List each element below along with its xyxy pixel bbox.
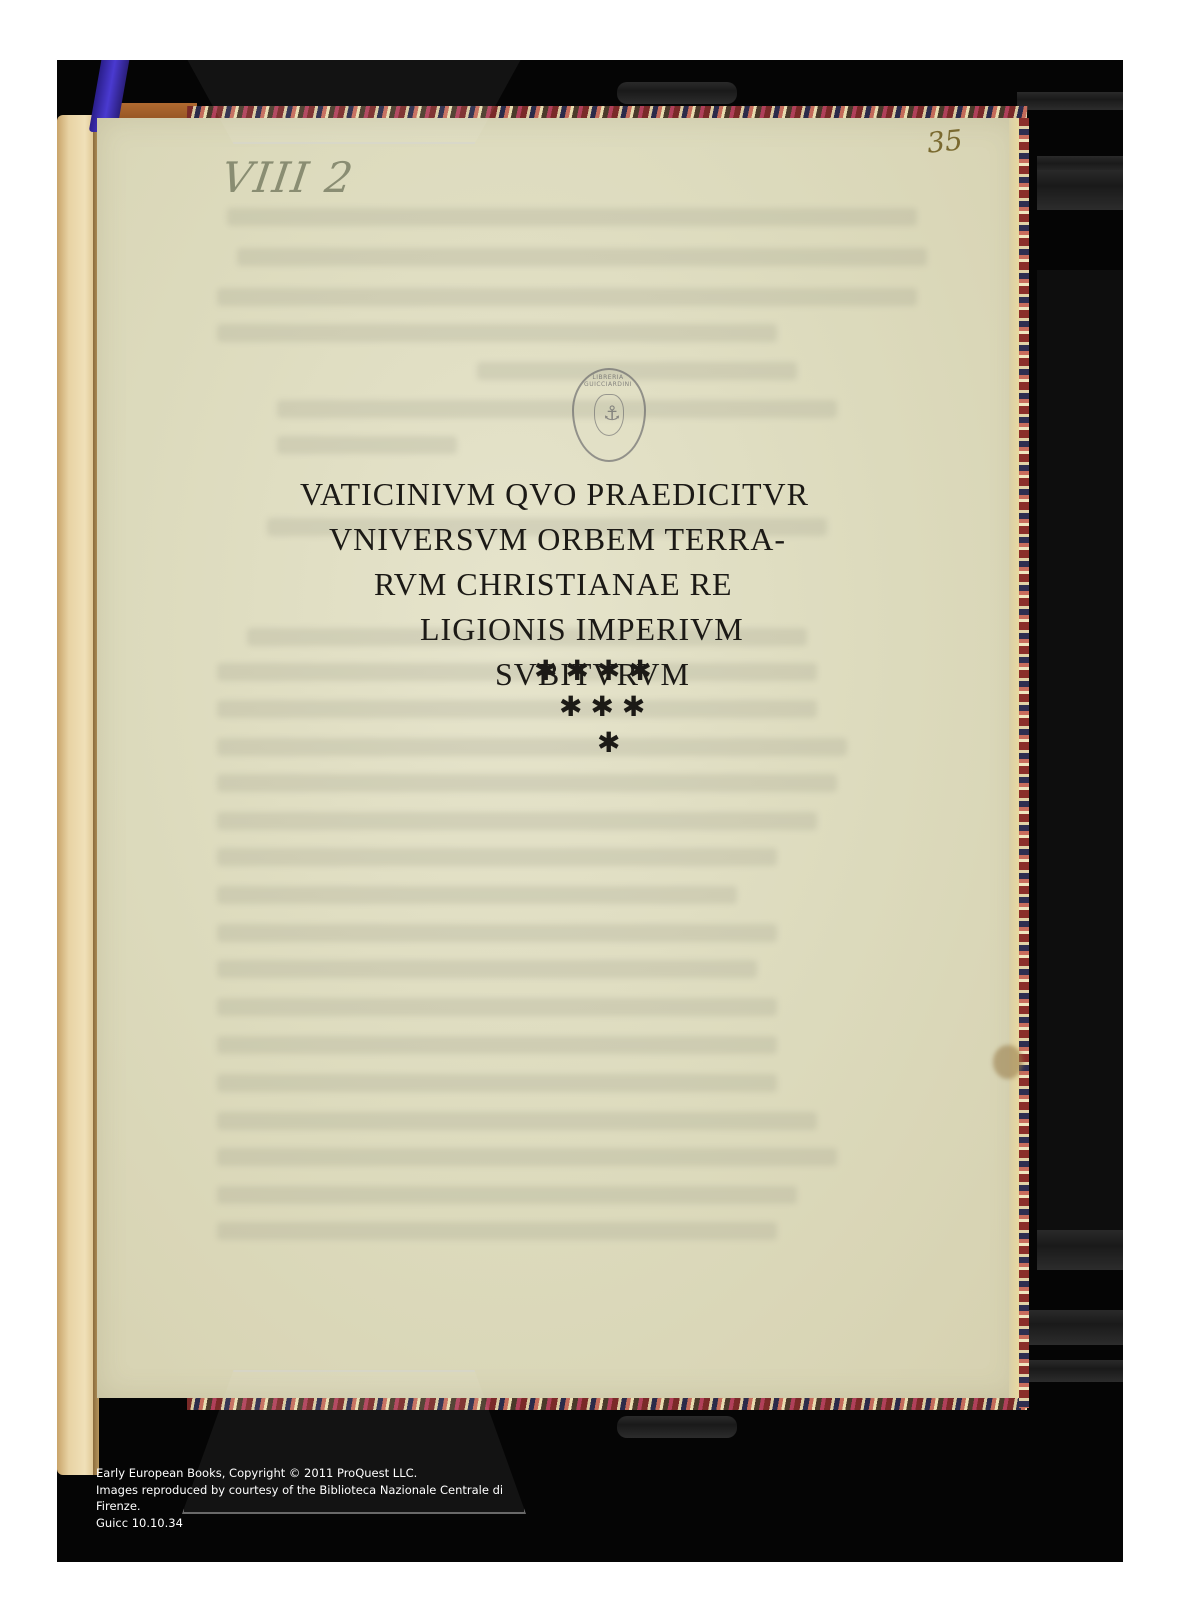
credit-line: Firenze. — [96, 1498, 503, 1515]
show-through-text — [217, 1186, 797, 1204]
page-fore-edge — [1009, 118, 1019, 1398]
title-line: VNIVERSVM ORBEM TERRA- — [247, 517, 887, 562]
show-through-text — [217, 738, 847, 756]
stamp-shield: ⚓ — [594, 394, 624, 436]
credit-line: Early European Books, Copyright © 2011 P… — [96, 1465, 503, 1482]
asterisk-ornament-row: ✱ — [597, 726, 628, 759]
show-through-text — [217, 960, 757, 978]
show-through-text — [217, 998, 777, 1016]
anchor-icon: ⚓ — [603, 401, 621, 425]
show-through-text — [227, 208, 917, 226]
show-through-text — [217, 774, 837, 792]
asterisk-ornament-row: ✱✱✱ — [559, 690, 653, 723]
credit-line: Images reproduced by courtesy of the Bib… — [96, 1482, 503, 1499]
stamp-text: LIBRERIA GUICCIARDINI — [568, 374, 648, 388]
scanner-bar — [1037, 1230, 1123, 1270]
show-through-text — [217, 1222, 777, 1240]
previous-page-edge — [57, 115, 97, 1475]
asterisk-ornament-row: ✱✱✱✱ — [534, 654, 660, 687]
scanned-page-image: VIII 2 35 LIBRERIA GUICCIARDINI ⚓ VATICI… — [57, 60, 1123, 1562]
scanner-bar — [617, 1416, 737, 1438]
shelfmark-line: Guicc 10.10.34 — [96, 1515, 503, 1532]
scanner-bar — [1027, 1310, 1123, 1345]
show-through-text — [217, 700, 817, 718]
copyright-credits: Early European Books, Copyright © 2011 P… — [96, 1465, 503, 1531]
show-through-text — [277, 436, 457, 454]
show-through-text — [217, 1112, 817, 1130]
show-through-text — [217, 288, 917, 306]
book-page — [97, 118, 1019, 1398]
show-through-text — [217, 1148, 837, 1166]
scanner-bar — [1027, 1360, 1123, 1382]
page-clamp-top — [182, 60, 526, 144]
show-through-text — [217, 886, 737, 904]
scanner-bar — [1017, 92, 1123, 110]
foxing-stain — [993, 1045, 1023, 1079]
scanner-bar — [617, 82, 737, 104]
handwritten-shelfmark: VIII 2 — [219, 153, 358, 202]
show-through-text — [217, 1074, 777, 1092]
show-through-text — [277, 400, 837, 418]
show-through-text — [217, 812, 817, 830]
show-through-text — [217, 1036, 777, 1054]
show-through-text — [217, 848, 777, 866]
title-line: LIGIONIS IMPERIVM — [247, 607, 887, 652]
show-through-text — [237, 248, 927, 266]
marbled-edge-right — [1019, 118, 1029, 1408]
title-line: VATICINIVM QVO PRAEDICITVR — [247, 472, 887, 517]
show-through-text — [217, 924, 777, 942]
title-line: RVM CHRISTIANAE RE — [247, 562, 887, 607]
scanner-panel — [1037, 270, 1123, 1230]
show-through-text — [217, 324, 777, 342]
handwritten-folio-number: 35 — [925, 123, 964, 160]
scanner-bar — [1037, 170, 1123, 210]
